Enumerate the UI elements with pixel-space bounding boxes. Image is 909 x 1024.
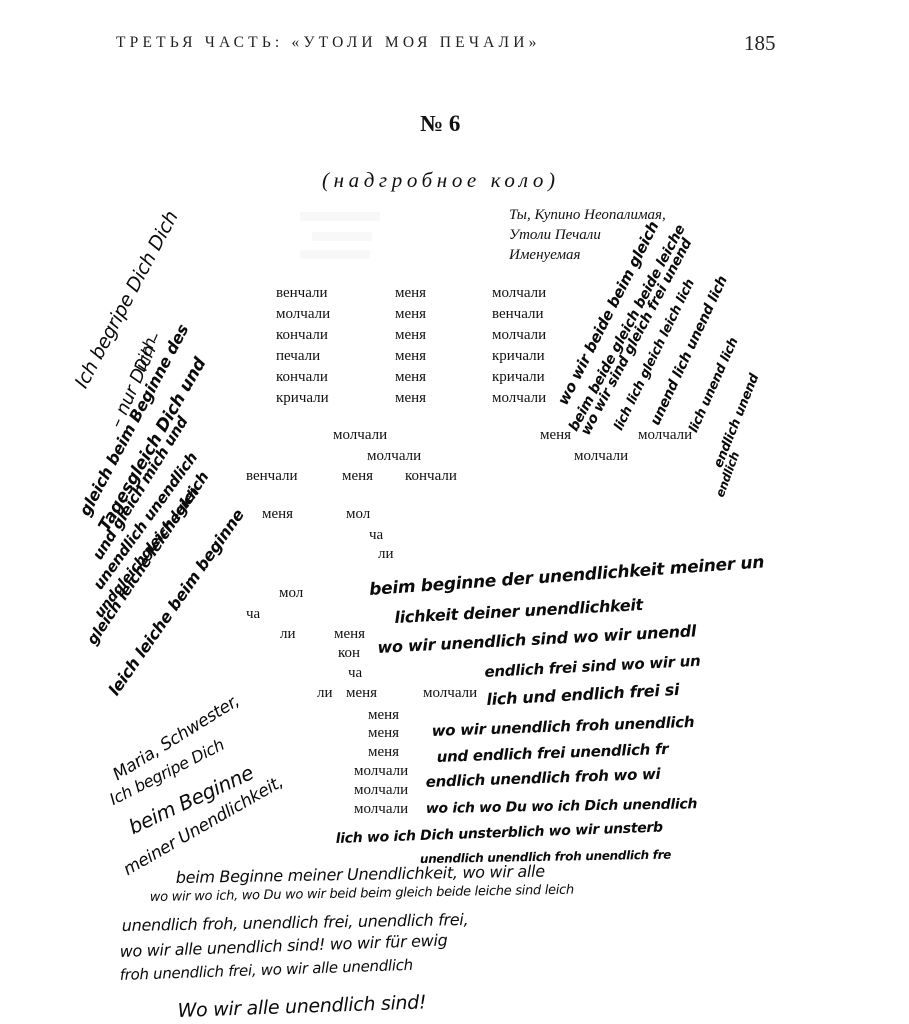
poem-word: ли: [378, 545, 394, 563]
poem-word: молчали: [354, 781, 408, 799]
poem-word: молчали: [492, 326, 546, 344]
poem-word: молчали: [638, 426, 692, 444]
poem-word: меня: [262, 505, 293, 523]
poem-word: меня: [342, 467, 373, 485]
poem-word: венчали: [492, 305, 544, 323]
poem-word: молчали: [423, 684, 477, 702]
handwritten-line: und endlich frei unendlich fr: [436, 740, 668, 766]
poem-word: молчали: [333, 426, 387, 444]
poem-word: кон: [338, 644, 360, 662]
poem-word: меня: [395, 389, 426, 407]
bleed-through-mark: [300, 212, 380, 221]
poem-word: меня: [395, 284, 426, 302]
poem-word: кончали: [276, 326, 328, 344]
poem-word: молчали: [367, 447, 421, 465]
handwritten-line: froh unendlich frei, wo wir alle unendli…: [119, 956, 413, 984]
poem-subtitle: (надгробное коло): [322, 168, 560, 193]
bleed-through-mark: [300, 250, 370, 259]
poem-word: меня: [395, 326, 426, 344]
poem-word: кричали: [492, 368, 545, 386]
poem-word: молчали: [492, 284, 546, 302]
bleed-through-mark: [312, 232, 372, 241]
poem-word: мол: [279, 584, 303, 602]
handwritten-line: wo wir unendlich froh unendlich: [431, 713, 694, 740]
poem-word: меня: [368, 743, 399, 761]
poem-word: молчали: [354, 762, 408, 780]
handwritten-line: Wo wir alle unendlich sind!: [177, 991, 426, 1022]
poem-word: венчали: [246, 467, 298, 485]
poem-word: ли: [280, 625, 296, 643]
poem-word: молчали: [354, 800, 408, 818]
handwritten-line: endlich frei sind wo wir un: [484, 652, 701, 681]
handwritten-line: lich und endlich frei si: [486, 680, 680, 709]
poem-word: печали: [276, 347, 320, 365]
poem-number: № 6: [420, 111, 460, 137]
poem-word: ча: [369, 526, 383, 544]
poem-word: меня: [540, 426, 571, 444]
poem-word: ча: [246, 605, 260, 623]
poem-word: кончали: [405, 467, 457, 485]
epigraph-line: Ты, Купино Неопалимая,: [509, 205, 666, 225]
poem-word: меня: [395, 305, 426, 323]
handwritten-line: lichkeit deiner unendlichkeit: [394, 595, 643, 627]
poem-word: молчали: [492, 389, 546, 407]
handwritten-line: lich wo ich Dich unsterblich wo wir unst…: [335, 820, 663, 847]
poem-word: молчали: [276, 305, 330, 323]
handwritten-line: endlich unendlich froh wo wi: [425, 765, 660, 791]
poem-word: ли: [317, 684, 333, 702]
poem-word: молчали: [574, 447, 628, 465]
poem-word: ча: [348, 664, 362, 682]
poem-word: кричали: [276, 389, 329, 407]
running-title: ТРЕТЬЯ ЧАСТЬ: «УТОЛИ МОЯ ПЕЧАЛИ»: [116, 34, 541, 52]
poem-word: кричали: [492, 347, 545, 365]
poem-word: мол: [346, 505, 370, 523]
poem-word: меня: [334, 625, 365, 643]
poem-word: венчали: [276, 284, 328, 302]
handwritten-line: wo wir unendlich sind wo wir unendl: [377, 621, 696, 657]
poem-word: меня: [346, 684, 377, 702]
handwritten-line: wo ich wo Du wo ich Dich unendlich: [426, 796, 698, 817]
poem-word: меня: [368, 706, 399, 724]
handwritten-line: beim beginne der unendlichkeit meiner un: [369, 552, 765, 600]
page-number: 185: [744, 31, 776, 56]
poem-word: меня: [395, 368, 426, 386]
poem-word: меня: [395, 347, 426, 365]
poem-word: кончали: [276, 368, 328, 386]
poem-word: меня: [368, 724, 399, 742]
